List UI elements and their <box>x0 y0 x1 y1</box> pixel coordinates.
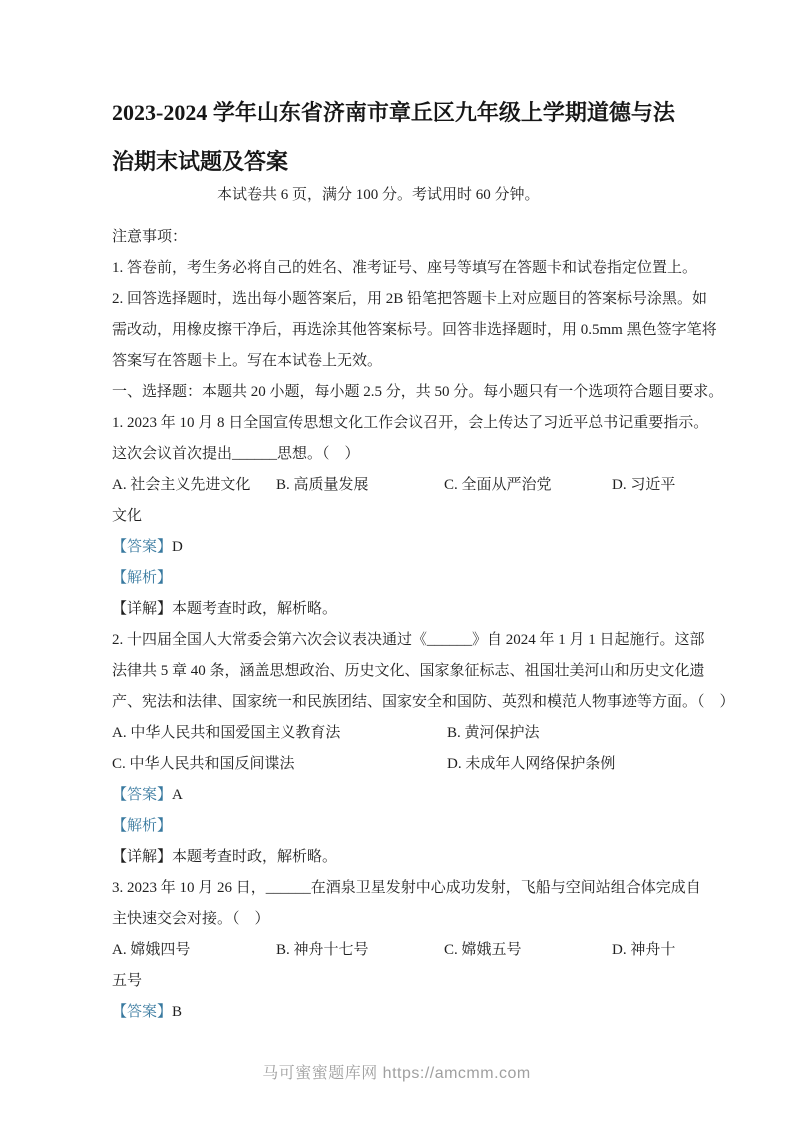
section-1-heading: 一、选择题：本题共 20 小题，每小题 2.5 分，共 50 分。每小题只有一个… <box>112 377 752 408</box>
question-2-option-c: C. 中华人民共和国反间谍法 <box>112 749 447 780</box>
question-3-option-a: A. 嫦娥四号 <box>112 935 276 966</box>
answer-label: 【答案】 <box>112 1004 172 1020</box>
answer-label: 【答案】 <box>112 539 172 555</box>
answer-label: 【答案】 <box>112 787 172 803</box>
document-title: 2023-2024 学年山东省济南市章丘区九年级上学期道德与法 治期末试题及答案 <box>112 88 722 186</box>
question-2-options-row-cd: C. 中华人民共和国反间谍法D. 未成年人网络保护条例 <box>112 749 752 780</box>
notice-item-2-line-2: 需改动，用橡皮擦干净后，再选涂其他答案标号。回答非选择题时，用 0.5mm 黑色… <box>112 315 752 346</box>
question-1-option-a: A. 社会主义先进文化 <box>112 470 276 501</box>
question-2-options-row-ab: A. 中华人民共和国爱国主义教育法B. 黄河保护法 <box>112 718 752 749</box>
question-3-options-row: A. 嫦娥四号B. 神舟十七号C. 嫦娥五号D. 神舟十 <box>112 935 752 966</box>
exam-document-page: 2023-2024 学年山东省济南市章丘区九年级上学期道德与法 治期末试题及答案… <box>0 0 793 1122</box>
footer-watermark: 马可蜜蜜题库网 https://amcmm.com <box>0 1060 793 1083</box>
notice-item-2-line-1: 2. 回答选择题时，选出每小题答案后，用 2B 铅笔把答题卡上对应题目的答案标号… <box>112 284 752 315</box>
question-3-option-d: D. 神舟十 <box>612 942 675 958</box>
question-2-stem-line-1: 2. 十四届全国人大常委会第六次会议表决通过《______》自 2024 年 1… <box>112 625 752 656</box>
question-3-answer-value: B <box>172 1004 182 1020</box>
question-2-stem-line-2: 法律共 5 章 40 条，涵盖思想政治、历史文化、国家象征标志、祖国壮美河山和历… <box>112 656 752 687</box>
question-3-option-d-wrap: 五号 <box>112 966 752 997</box>
question-2-stem-line-3: 产、宪法和法律、国家统一和民族团结、国家安全和国防、英烈和模范人物事迹等方面。（… <box>112 687 752 718</box>
question-2-option-a: A. 中华人民共和国爱国主义教育法 <box>112 718 447 749</box>
question-3-stem-line-1: 3. 2023 年 10 月 26 日，______在酒泉卫星发射中心成功发射，… <box>112 873 752 904</box>
question-2-answer-line: 【答案】A <box>112 780 752 811</box>
question-1-stem-line-2: 这次会议首次提出______思想。（ ） <box>112 439 752 470</box>
notice-item-1: 1. 答卷前，考生务必将自己的姓名、准考证号、座号等填写在答题卡和试卷指定位置上… <box>112 253 752 284</box>
notice-heading: 注意事项： <box>112 222 752 253</box>
question-1-option-b: B. 高质量发展 <box>276 470 444 501</box>
question-1-option-d: D. 习近平 <box>612 477 675 493</box>
question-3-answer-line: 【答案】B <box>112 997 752 1028</box>
question-1-answer-value: D <box>172 539 183 555</box>
question-2-analysis-line: 【解析】 <box>112 811 752 842</box>
question-3-stem-line-2: 主快速交会对接。（ ） <box>112 904 752 935</box>
question-3-option-c: C. 嫦娥五号 <box>444 935 612 966</box>
title-line-1: 2023-2024 学年山东省济南市章丘区九年级上学期道德与法 <box>112 88 722 137</box>
exam-info-line: 本试卷共 6 页，满分 100 分。考试用时 60 分钟。 <box>112 180 718 211</box>
question-2-detail-line: 【详解】本题考查时政，解析略。 <box>112 842 752 873</box>
question-1-option-d-wrap: 文化 <box>112 501 752 532</box>
question-2-option-b: B. 黄河保护法 <box>447 725 540 741</box>
notice-item-2-line-3: 答案写在答题卡上。写在本试卷上无效。 <box>112 346 752 377</box>
question-1-analysis-line: 【解析】 <box>112 563 752 594</box>
question-1-answer-line: 【答案】D <box>112 532 752 563</box>
question-2-option-d: D. 未成年人网络保护条例 <box>447 756 615 772</box>
analysis-label: 【解析】 <box>112 818 172 834</box>
analysis-label: 【解析】 <box>112 570 172 586</box>
question-1-stem-line-1: 1. 2023 年 10 月 8 日全国宣传思想文化工作会议召开，会上传达了习近… <box>112 408 752 439</box>
question-1-option-c: C. 全面从严治党 <box>444 470 612 501</box>
exam-body: 注意事项： 1. 答卷前，考生务必将自己的姓名、准考证号、座号等填写在答题卡和试… <box>112 222 752 1028</box>
question-1-options-row: A. 社会主义先进文化B. 高质量发展C. 全面从严治党D. 习近平 <box>112 470 752 501</box>
question-2-answer-value: A <box>172 787 183 803</box>
question-3-option-b: B. 神舟十七号 <box>276 935 444 966</box>
question-1-detail-line: 【详解】本题考查时政，解析略。 <box>112 594 752 625</box>
title-line-2: 治期末试题及答案 <box>112 137 722 186</box>
